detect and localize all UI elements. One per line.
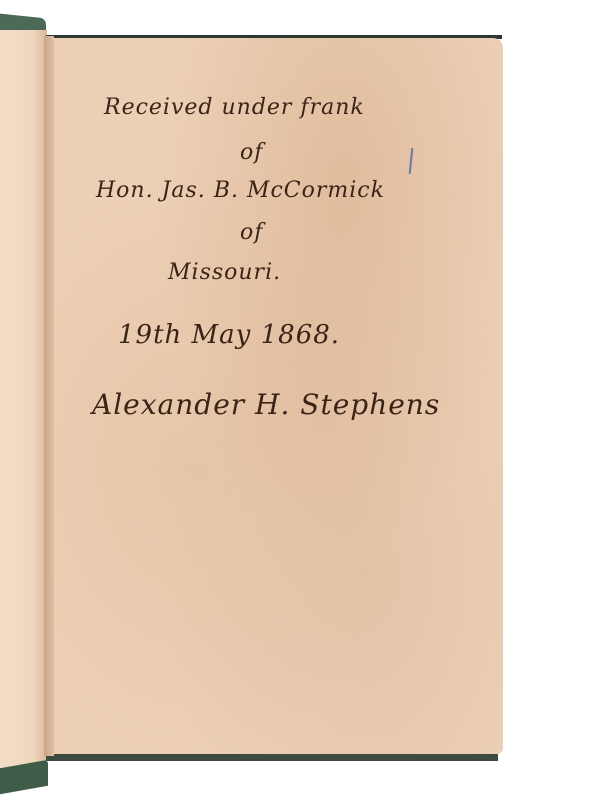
inscription-line-4: of (240, 220, 263, 245)
cover-bottom-edge (46, 753, 498, 761)
book-photo: Received under frank of Hon. Jas. B. McC… (0, 0, 600, 800)
inscription-signature: Alexander H. Stephens (92, 388, 440, 421)
inscription-date: 19th May 1868. (118, 320, 340, 350)
inscription-line-5: Missouri. (168, 260, 281, 285)
inscription-line-2: of (240, 140, 263, 165)
book-gutter (44, 36, 54, 756)
inscription-line-1: Received under frank (104, 95, 365, 120)
left-page-edge (0, 30, 47, 770)
inscription-line-3: Hon. Jas. B. McCormick (96, 178, 385, 203)
